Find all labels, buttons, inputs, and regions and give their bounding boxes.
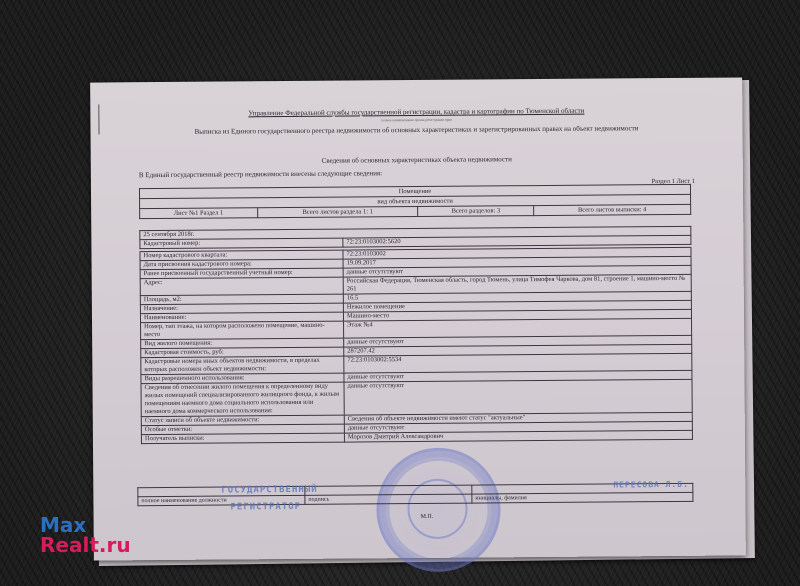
watermark-logo: Max Realt.ru <box>40 515 131 555</box>
signature-caption: подпись <box>305 494 472 504</box>
section-sheets: Всего листов раздела 1: 1 <box>257 206 418 217</box>
extract-title: Выписка из Единого государственного реес… <box>90 123 742 136</box>
position-stamp-line2: РЕГИСТРАТОР <box>230 502 301 513</box>
table-row: Сведения об отнесении жилого помещения к… <box>141 379 692 416</box>
rows-body: Номер кадастрового квартала:72:23:010300… <box>140 247 692 443</box>
official-seal <box>376 447 501 572</box>
characteristics-table: 25 сентября 2018г. Кадастровый номер: 72… <box>139 226 693 444</box>
watermark-line1: Max <box>40 515 131 535</box>
seal-caption: М.П. <box>421 514 434 520</box>
row-label: Кадастровые номера иных объектов недвижи… <box>141 356 344 375</box>
row-label: Номер, тип этажа, на котором расположено… <box>141 321 344 340</box>
sheet-number: Лист №1 Раздел 1 <box>140 208 258 219</box>
row-label: Адрес: <box>140 277 343 296</box>
document-sheet: Управление Федеральной службы государств… <box>90 77 746 560</box>
name-caption: инициалы, фамилия <box>472 492 693 503</box>
row-label: Получатель выписки: <box>141 433 344 444</box>
intro-text: В Единый государственный реестр недвижим… <box>139 169 382 179</box>
total-sheets: Всего листов выписки: 4 <box>534 204 691 215</box>
watermark-line2: Realt.ru <box>40 535 131 555</box>
row-label: Сведения об отнесении жилого помещения к… <box>141 382 344 417</box>
row-value: данные отсутствуют <box>344 379 692 415</box>
name-stamp: ПЕРЕСОВА Л.Б. <box>613 480 689 490</box>
position-stamp-line1: ГОСУДАРСТВЕННЫЙ <box>221 485 317 496</box>
header-table: Помещение вид объекта недвижимости Лист … <box>139 184 691 219</box>
section-title: Сведения об основных характеристиках объ… <box>91 153 743 166</box>
total-sections: Всего разделов: 3 <box>418 206 534 217</box>
